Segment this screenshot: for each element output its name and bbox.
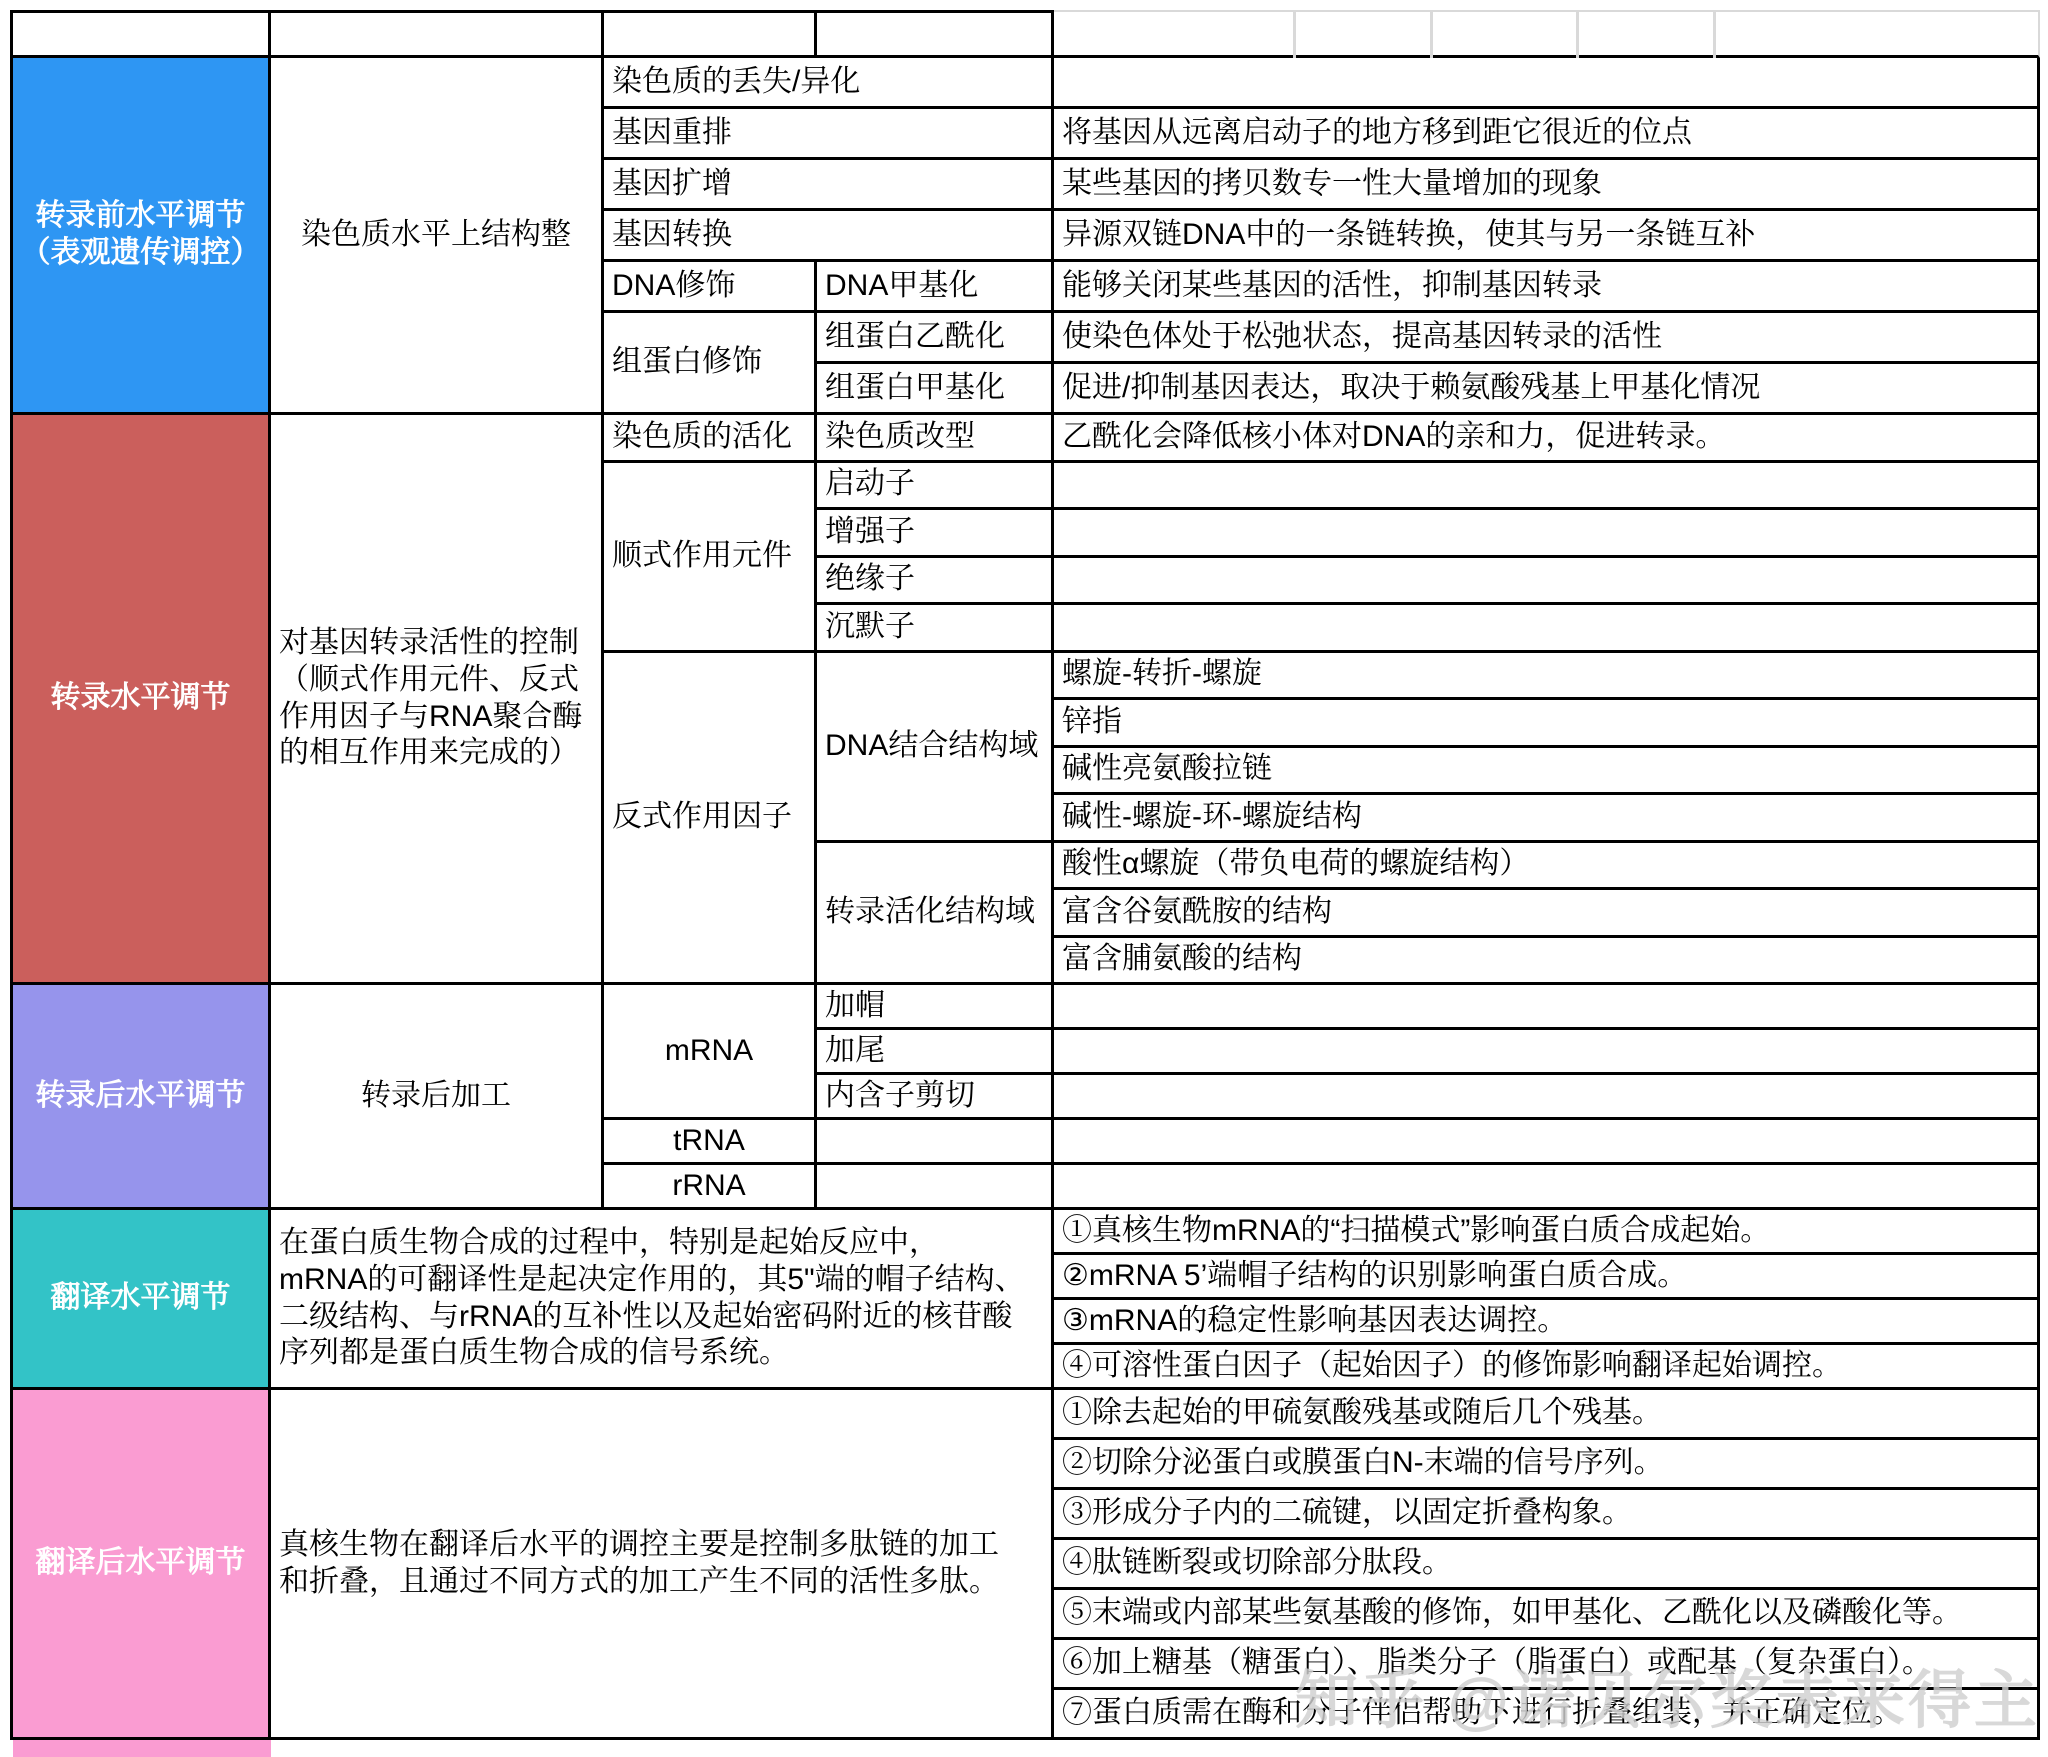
description-cell: ⑦蛋白质需在酶和分子伴侣帮助下进行折叠组装，并正确定位。 xyxy=(1054,1690,2040,1740)
category-cell: 在蛋白质生物合成的过程中，特别是起始反应中， mRNA的可翻译性是起决定作用的，… xyxy=(271,1210,1054,1390)
description-cell: 某些基因的拷贝数专一性大量增加的现象 xyxy=(1054,160,2040,211)
description-cell xyxy=(1054,1075,2040,1120)
subcategory-cell: 启动子 xyxy=(817,463,1054,511)
subcategory-cell: mRNA xyxy=(604,985,817,1120)
description-cell xyxy=(1054,463,2040,511)
subcategory-cell xyxy=(817,1120,1054,1165)
description-cell: 将基因从远离启动子的地方移到距它很近的位点 xyxy=(1054,109,2040,160)
description-cell: ④肽链断裂或切除部分肽段。 xyxy=(1054,1540,2040,1590)
description-cell: 酸性α螺旋（带负电荷的螺旋结构） xyxy=(1054,843,2040,891)
spreadsheet-gridline xyxy=(1430,10,1433,58)
subcategory-cell: 染色质的丢失/异化 xyxy=(604,58,1054,109)
subcategory-cell: 染色质改型 xyxy=(817,415,1054,463)
subcategory-cell: 基因转换 xyxy=(604,211,1054,262)
spreadsheet-gridline xyxy=(1576,10,1579,58)
description-cell: 富含谷氨酰胺的结构 xyxy=(1054,890,2040,938)
description-cell: ⑤末端或内部某些氨基酸的修饰，如甲基化、乙酰化以及磷酸化等。 xyxy=(1054,1590,2040,1640)
subcategory-cell: 增强子 xyxy=(817,510,1054,558)
description-cell: ②mRNA 5’端帽子结构的识别影响蛋白质合成。 xyxy=(1054,1255,2040,1300)
header-cell xyxy=(817,10,1054,58)
description-cell: 异源双链DNA中的一条链转换，使其与另一条链互补 xyxy=(1054,211,2040,262)
subcategory-cell: 染色质的活化 xyxy=(604,415,817,463)
category-cell: 真核生物在翻译后水平的调控主要是控制多肽链的加工 和折叠，且通过不同方式的加工产… xyxy=(271,1390,1054,1740)
description-cell: 锌指 xyxy=(1054,700,2040,748)
description-cell: 乙酰化会降低核小体对DNA的亲和力，促进转录。 xyxy=(1054,415,2040,463)
subcategory-cell: 转录活化结构域 xyxy=(817,843,1054,986)
category-cell: 转录后加工 xyxy=(271,985,604,1210)
subcategory-cell: 沉默子 xyxy=(817,605,1054,653)
section-label-post-transcriptional: 转录后水平调节 xyxy=(13,985,271,1210)
description-cell: ②切除分泌蛋白或膜蛋白N-末端的信号序列。 xyxy=(1054,1440,2040,1490)
subcategory-cell: 组蛋白甲基化 xyxy=(817,364,1054,415)
description-cell xyxy=(1054,1120,2040,1165)
description-cell: 使染色体处于松弛状态，提高基因转录的活性 xyxy=(1054,313,2040,364)
subcategory-cell: 基因扩增 xyxy=(604,160,1054,211)
header-cell-unbordered xyxy=(1054,10,2040,58)
description-cell: ③mRNA的稳定性影响基因表达调控。 xyxy=(1054,1300,2040,1345)
subcategory-cell: 加帽 xyxy=(817,985,1054,1030)
description-cell: 富含脯氨酸的结构 xyxy=(1054,938,2040,986)
header-cell xyxy=(13,10,271,58)
subcategory-cell: 反式作用因子 xyxy=(604,653,817,986)
spreadsheet-gridline xyxy=(1293,10,1296,58)
subcategory-cell: 内含子剪切 xyxy=(817,1075,1054,1120)
category-cell: 染色质水平上结构整 xyxy=(271,58,604,415)
subcategory-cell: 绝缘子 xyxy=(817,558,1054,606)
section-label-translational: 翻译水平调节 xyxy=(13,1210,271,1390)
subcategory-cell: 组蛋白修饰 xyxy=(604,313,817,415)
header-cell xyxy=(604,10,817,58)
description-cell: 螺旋-转折-螺旋 xyxy=(1054,653,2040,701)
subcategory-cell: DNA修饰 xyxy=(604,262,817,313)
gene-regulation-table: 转录前水平调节 （表观遗传调控）染色质水平上结构整染色质的丢失/异化基因重排将基… xyxy=(10,10,2040,1740)
description-cell: ①真核生物mRNA的“扫描模式”影响蛋白质合成起始。 xyxy=(1054,1210,2040,1255)
description-cell: ⑥加上糖基（糖蛋白）、脂类分子（脂蛋白）或配基（复杂蛋白）。 xyxy=(1054,1640,2040,1690)
subcategory-cell: DNA甲基化 xyxy=(817,262,1054,313)
category-cell: 对基因转录活性的控制 （顺式作用元件、反式 作用因子与RNA聚合酶 的相互作用来… xyxy=(271,415,604,985)
description-cell: 促进/抑制基因表达，取决于赖氨酸残基上甲基化情况 xyxy=(1054,364,2040,415)
description-cell: ③形成分子内的二硫键，以固定折叠构象。 xyxy=(1054,1490,2040,1540)
subcategory-cell: 基因重排 xyxy=(604,109,1054,160)
description-cell xyxy=(1054,558,2040,606)
subcategory-cell: DNA结合结构域 xyxy=(817,653,1054,843)
description-cell: ④可溶性蛋白因子（起始因子）的修饰影响翻译起始调控。 xyxy=(1054,1345,2040,1390)
description-cell xyxy=(1054,605,2040,653)
subcategory-cell: 组蛋白乙酰化 xyxy=(817,313,1054,364)
description-cell: ①除去起始的甲硫氨酸残基或随后几个残基。 xyxy=(1054,1390,2040,1440)
section-label-pre-transcriptional: 转录前水平调节 （表观遗传调控） xyxy=(13,58,271,415)
header-cell xyxy=(271,10,604,58)
description-cell xyxy=(1054,58,2040,109)
description-cell xyxy=(1054,1030,2040,1075)
pink-cell-overhang xyxy=(13,1740,271,1757)
subcategory-cell: 顺式作用元件 xyxy=(604,463,817,653)
description-cell: 碱性亮氨酸拉链 xyxy=(1054,748,2040,796)
subcategory-cell: tRNA xyxy=(604,1120,817,1165)
subcategory-cell xyxy=(817,1165,1054,1210)
spreadsheet-gridline xyxy=(1713,10,1716,58)
subcategory-cell: 加尾 xyxy=(817,1030,1054,1075)
description-cell xyxy=(1054,510,2040,558)
description-cell xyxy=(1054,985,2040,1030)
description-cell: 能够关闭某些基因的活性，抑制基因转录 xyxy=(1054,262,2040,313)
subcategory-cell: rRNA xyxy=(604,1165,817,1210)
section-label-transcriptional: 转录水平调节 xyxy=(13,415,271,985)
description-cell xyxy=(1054,1165,2040,1210)
section-label-post-translational: 翻译后水平调节 xyxy=(13,1390,271,1740)
description-cell: 碱性-螺旋-环-螺旋结构 xyxy=(1054,795,2040,843)
